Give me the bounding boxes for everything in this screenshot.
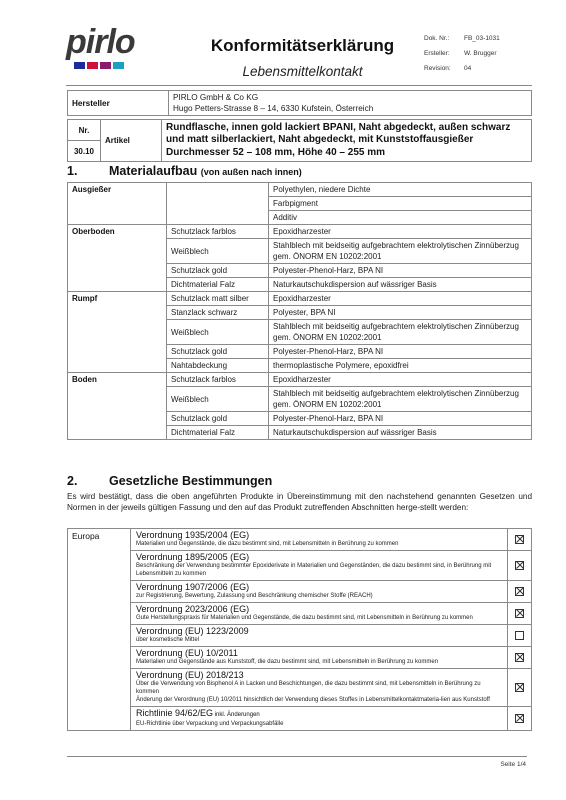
material-value: Polyester-Phenol-Harz, BPA NI — [269, 345, 532, 359]
material-component: Schutzlack gold — [167, 345, 269, 359]
section-2-intro: Es wird bestätigt, dass die oben angefüh… — [67, 491, 532, 513]
meta-row: Dok. Nr.:FB_03-1031 — [424, 35, 500, 50]
material-row: BodenSchutzlack farblosEpoxidharzester — [68, 373, 532, 387]
manufacturer-value: PIRLO GmbH & Co KG Hugo Petters-Strasse … — [169, 91, 532, 116]
material-component: Weißblech — [167, 320, 269, 345]
logo-square — [100, 62, 111, 69]
material-value: Naturkautschukdispersion auf wässriger B… — [269, 426, 532, 440]
regulation-description: über kosmetische Mittel — [136, 636, 503, 644]
regulation-title: Verordnung 1935/2004 (EG) — [136, 530, 503, 540]
regulation-title: Verordnung 2023/2006 (EG) — [136, 604, 503, 614]
checked-box-icon[interactable] — [515, 714, 524, 723]
material-row: RumpfSchutzlack matt silberEpoxidharzest… — [68, 292, 532, 306]
regulation-suffix: inkl. Änderungen — [213, 712, 260, 718]
checkbox-cell — [508, 707, 532, 731]
document-subtitle: Lebensmittelkontakt — [190, 64, 415, 79]
material-value: Farbpigment — [269, 197, 532, 211]
regulation-row: Verordnung (EU) 10/2011Materialien und G… — [68, 647, 532, 669]
document-meta: Dok. Nr.:FB_03-1031Ersteller:W. BruggerR… — [424, 35, 500, 80]
article-table: Nr. Artikel Rundflasche, innen gold lack… — [67, 119, 532, 162]
section-subtitle: (von außen nach innen) — [201, 167, 302, 177]
article-nr-value: 30.10 — [68, 141, 101, 162]
regulation-description: Materialien und Gegenstände, die dazu be… — [136, 540, 503, 548]
regulations-table: EuropaVerordnung 1935/2004 (EG)Materiali… — [67, 528, 532, 731]
material-value: Naturkautschukdispersion auf wässriger B… — [269, 278, 532, 292]
material-component: Nahtabdeckung — [167, 359, 269, 373]
regulation-cell: Verordnung 1935/2004 (EG)Materialien und… — [131, 529, 508, 551]
material-component: Schutzlack farblos — [167, 373, 269, 387]
checkbox-cell — [508, 603, 532, 625]
footer-divider — [67, 756, 527, 757]
checkbox-cell — [508, 529, 532, 551]
material-value: Polyester-Phenol-Harz, BPA NI — [269, 264, 532, 278]
meta-row: Revision:04 — [424, 65, 500, 80]
material-component: Dichtmaterial Falz — [167, 426, 269, 440]
article-label: Artikel — [101, 120, 162, 162]
material-value: Epoxidharzester — [269, 373, 532, 387]
material-group: Oberboden — [68, 225, 167, 292]
regulation-description: Beschränkung der Verwendung bestimmter E… — [136, 562, 503, 578]
document-page: pirlo Konformitätserklärung Lebensmittel… — [0, 0, 566, 800]
material-component: Stanzlack schwarz — [167, 306, 269, 320]
material-value: thermoplastische Polymere, epoxidfrei — [269, 359, 532, 373]
regulation-title: Verordnung 1907/2006 (EG) — [136, 582, 503, 592]
material-component: Schutzlack farblos — [167, 225, 269, 239]
manufacturer-address: Hugo Petters-Strasse 8 – 14, 6330 Kufste… — [173, 103, 527, 114]
regulation-cell: Verordnung (EU) 10/2011Materialien und G… — [131, 647, 508, 669]
material-table: AusgießerPolyethylen, niedere DichteFarb… — [67, 182, 532, 440]
regulation-row: EuropaVerordnung 1935/2004 (EG)Materiali… — [68, 529, 532, 551]
meta-value: 04 — [464, 65, 471, 80]
page-number: Seite 1/4 — [460, 761, 526, 768]
section-number: 1. — [67, 164, 109, 178]
regulation-cell: Verordnung (EU) 1223/2009über kosmetisch… — [131, 625, 508, 647]
document-title: Konformitätserklärung — [190, 36, 415, 56]
material-value: Epoxidharzester — [269, 292, 532, 306]
material-component: Schutzlack gold — [167, 412, 269, 426]
logo-wordmark: pirlo — [66, 22, 135, 62]
logo-color-squares — [74, 62, 124, 69]
meta-row: Ersteller:W. Brugger — [424, 50, 500, 65]
meta-value: W. Brugger — [464, 50, 497, 65]
material-value: Epoxidharzester — [269, 225, 532, 239]
checked-box-icon[interactable] — [515, 653, 524, 662]
material-row: AusgießerPolyethylen, niedere Dichte — [68, 183, 532, 197]
material-component: Weißblech — [167, 239, 269, 264]
logo-square — [87, 62, 98, 69]
regulation-cell: Verordnung 2023/2006 (EG)Gute Herstellun… — [131, 603, 508, 625]
section-1-heading: 1.Materialaufbau (von außen nach innen) — [67, 164, 302, 178]
checked-box-icon[interactable] — [515, 609, 524, 618]
regulation-row: Richtlinie 94/62/EG inkl. ÄnderungenEU-R… — [68, 707, 532, 731]
material-group: Boden — [68, 373, 167, 440]
checkbox-cell — [508, 647, 532, 669]
checked-box-icon[interactable] — [515, 587, 524, 596]
checked-box-icon[interactable] — [515, 683, 524, 692]
section-title: Materialaufbau — [109, 164, 197, 178]
logo-square — [113, 62, 124, 69]
article-description: Rundflasche, innen gold lackiert BPANI, … — [162, 120, 532, 162]
regulation-title: Verordnung (EU) 1223/2009 — [136, 626, 503, 636]
material-value: Stahlblech mit beidseitig aufgebrachtem … — [269, 239, 532, 264]
regulation-title: Verordnung (EU) 2018/213 — [136, 670, 503, 680]
material-value: Additiv — [269, 211, 532, 225]
checkbox-cell — [508, 669, 532, 707]
manufacturer-table: Hersteller PIRLO GmbH & Co KG Hugo Pette… — [67, 90, 532, 116]
regulation-row: Verordnung 1895/2005 (EG)Beschränkung de… — [68, 551, 532, 581]
material-value: Polyethylen, niedere Dichte — [269, 183, 532, 197]
material-value: Polyester, BPA NI — [269, 306, 532, 320]
header-divider — [66, 85, 532, 86]
checked-box-icon[interactable] — [515, 535, 524, 544]
regulation-row: Verordnung (EU) 2018/213Über die Verwend… — [68, 669, 532, 707]
checkbox-cell — [508, 551, 532, 581]
checked-box-icon[interactable] — [515, 561, 524, 570]
regulation-description: Über die Verwendung von Bisphenol A in L… — [136, 680, 503, 704]
regulation-title: Richtlinie 94/62/EG inkl. Änderungen — [136, 708, 503, 720]
manufacturer-name: PIRLO GmbH & Co KG — [173, 92, 527, 103]
regulation-row: Verordnung 2023/2006 (EG)Gute Herstellun… — [68, 603, 532, 625]
regulation-row: Verordnung 1907/2006 (EG)zur Registrieru… — [68, 581, 532, 603]
manufacturer-label: Hersteller — [68, 91, 169, 116]
material-group: Ausgießer — [68, 183, 167, 225]
material-component: Weißblech — [167, 387, 269, 412]
regulation-title: Verordnung (EU) 10/2011 — [136, 648, 503, 658]
regulation-cell: Verordnung (EU) 2018/213Über die Verwend… — [131, 669, 508, 707]
section-title: Gesetzliche Bestimmungen — [109, 474, 272, 488]
material-value: Stahlblech mit beidseitig aufgebrachtem … — [269, 320, 532, 345]
section-number: 2. — [67, 474, 109, 488]
regulation-description: Materialien und Gegenstände aus Kunststo… — [136, 658, 503, 666]
material-component: Schutzlack matt silber — [167, 292, 269, 306]
material-value: Stahlblech mit beidseitig aufgebrachtem … — [269, 387, 532, 412]
material-row: OberbodenSchutzlack farblosEpoxidharzest… — [68, 225, 532, 239]
meta-value: FB_03-1031 — [464, 35, 500, 50]
meta-label: Revision: — [424, 65, 464, 80]
regulation-description: EU-Richtlinie über Verpackung und Verpac… — [136, 720, 503, 728]
regulation-cell: Verordnung 1907/2006 (EG)zur Registrieru… — [131, 581, 508, 603]
regulation-title: Verordnung 1895/2005 (EG) — [136, 552, 503, 562]
regulation-description: zur Registrierung, Bewertung, Zulassung … — [136, 592, 503, 600]
meta-label: Ersteller: — [424, 50, 464, 65]
checkbox-cell — [508, 581, 532, 603]
pirlo-logo: pirlo — [66, 26, 146, 74]
logo-square — [74, 62, 85, 69]
regulation-cell: Richtlinie 94/62/EG inkl. ÄnderungenEU-R… — [131, 707, 508, 731]
regulation-description: Gute Herstellungspraxis für Materialien … — [136, 614, 503, 622]
material-value: Polyester-Phenol-Harz, BPA NI — [269, 412, 532, 426]
region-label: Europa — [68, 529, 131, 731]
material-group: Rumpf — [68, 292, 167, 373]
material-component: Schutzlack gold — [167, 264, 269, 278]
regulation-cell: Verordnung 1895/2005 (EG)Beschränkung de… — [131, 551, 508, 581]
article-nr-label: Nr. — [68, 120, 101, 141]
checkbox-cell — [508, 625, 532, 647]
material-component: Dichtmaterial Falz — [167, 278, 269, 292]
unchecked-box-icon[interactable] — [515, 631, 524, 640]
section-2-heading: 2.Gesetzliche Bestimmungen — [67, 474, 272, 488]
meta-label: Dok. Nr.: — [424, 35, 464, 50]
material-component — [167, 183, 269, 225]
regulation-row: Verordnung (EU) 1223/2009über kosmetisch… — [68, 625, 532, 647]
